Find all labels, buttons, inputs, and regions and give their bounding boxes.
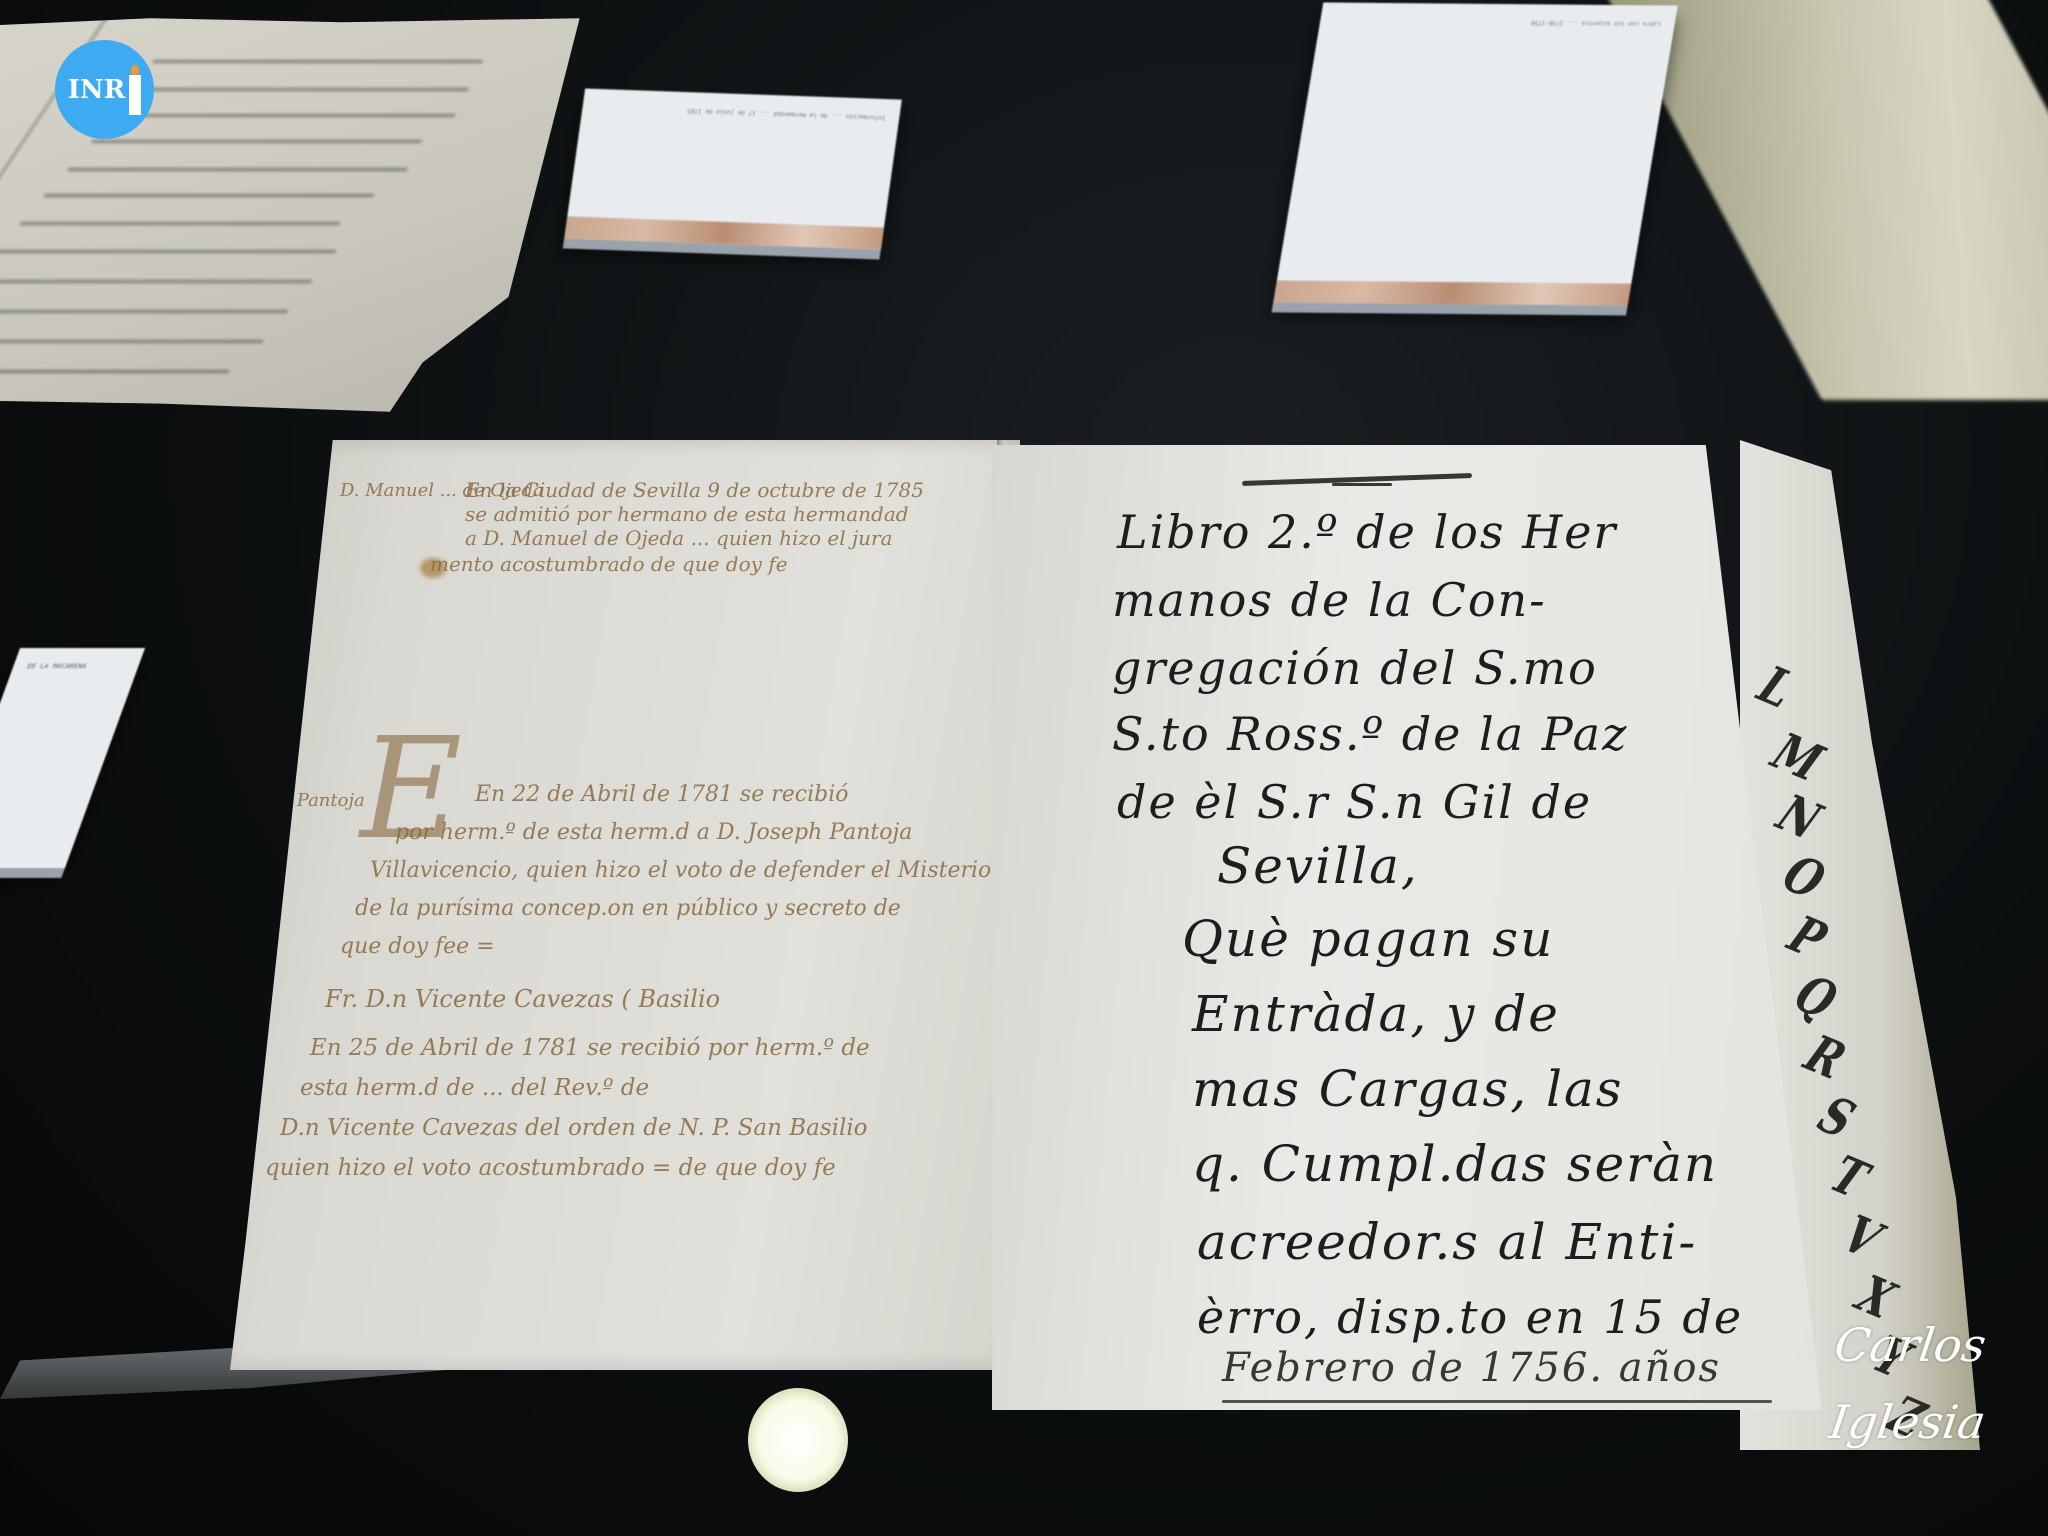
candle-icon [129, 75, 141, 115]
museum-display-photo: Información ... de la Hermandad ... 17 d… [0, 0, 2048, 1536]
watermark-line2: Iglesia [1826, 1395, 1989, 1449]
watermark-line1: Carlos [1831, 1318, 1989, 1372]
open-book: L M N O P Q R S T V X Y Z D. Manuel ... … [0, 0, 2048, 1536]
light-reflection [748, 1388, 848, 1492]
right-page-title: Libro 2.º de los Her manos de la Con- gr… [992, 445, 1822, 1410]
left-page: D. Manuel ... de Ojeda En la Ciudad de S… [230, 440, 1020, 1370]
inri-logo: INR [55, 40, 154, 139]
